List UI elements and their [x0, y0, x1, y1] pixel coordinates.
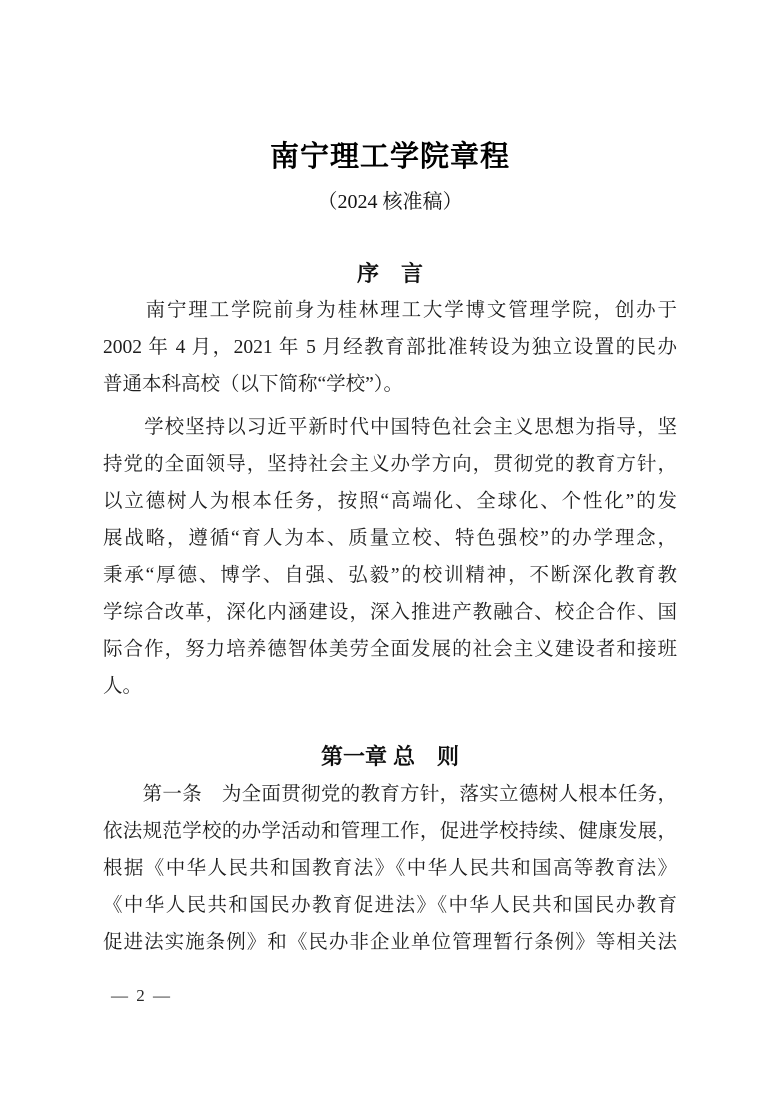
text-line: 学校坚持以习近平新时代中国特色社会主义思想为指导，坚 — [103, 409, 677, 446]
text-line: 南宁理工学院前身为桂林理工大学博文管理学院，创办于 — [103, 292, 677, 329]
paragraph: 南宁理工学院前身为桂林理工大学博文管理学院，创办于2002 年 4 月，2021… — [103, 292, 677, 403]
paragraph: 第一条 为全面贯彻党的教育方针，落实立德树人根本任务，依法规范学校的办学活动和管… — [103, 776, 677, 961]
text-line: 持党的全面领导，坚持社会主义办学方向，贯彻党的教育方针， — [103, 446, 677, 483]
text-line: 促进法实施条例》和《民办非企业单位管理暂行条例》等相关法 — [103, 924, 677, 961]
text-line: 展战略，遵循“育人为本、质量立校、特色强校”的办学理念， — [103, 520, 677, 557]
chapter-1-body: 第一条 为全面贯彻党的教育方针，落实立德树人根本任务，依法规范学校的办学活动和管… — [103, 776, 677, 961]
text-line: 《中华人民共和国民办教育促进法》《中华人民共和国民办教育 — [103, 887, 677, 924]
text-line: 际合作，努力培养德智体美劳全面发展的社会主义建设者和接班 — [103, 631, 677, 668]
text-line: 2002 年 4 月，2021 年 5 月经教育部批准转设为独立设置的民办 — [103, 329, 677, 366]
text-line: 依法规范学校的办学活动和管理工作，促进学校持续、健康发展， — [103, 813, 677, 850]
chapter-1-heading: 第一章 总 则 — [0, 744, 780, 769]
document-subtitle: （2024 核准稿） — [0, 190, 780, 214]
page-number: — 2 — — [111, 986, 172, 1006]
document-title: 南宁理工学院章程 — [0, 140, 780, 174]
text-line: 秉承“厚德、博学、自强、弘毅”的校训精神，不断深化教育教 — [103, 557, 677, 594]
preface-body: 南宁理工学院前身为桂林理工大学博文管理学院，创办于2002 年 4 月，2021… — [103, 292, 677, 705]
text-line: 第一条 为全面贯彻党的教育方针，落实立德树人根本任务， — [103, 776, 677, 813]
text-line: 普通本科高校（以下简称“学校”）。 — [103, 366, 677, 403]
preface-heading: 序 言 — [0, 261, 780, 286]
text-line: 以立德树人为根本任务，按照“高端化、全球化、个性化”的发 — [103, 483, 677, 520]
text-line: 人。 — [103, 668, 677, 705]
text-line: 根据《中华人民共和国教育法》《中华人民共和国高等教育法》 — [103, 850, 677, 887]
text-line: 学综合改革，深化内涵建设，深入推进产教融合、校企合作、国 — [103, 594, 677, 631]
paragraph: 学校坚持以习近平新时代中国特色社会主义思想为指导，坚持党的全面领导，坚持社会主义… — [103, 409, 677, 705]
document-page: 南宁理工学院章程 （2024 核准稿） 序 言 南宁理工学院前身为桂林理工大学博… — [0, 0, 780, 1103]
